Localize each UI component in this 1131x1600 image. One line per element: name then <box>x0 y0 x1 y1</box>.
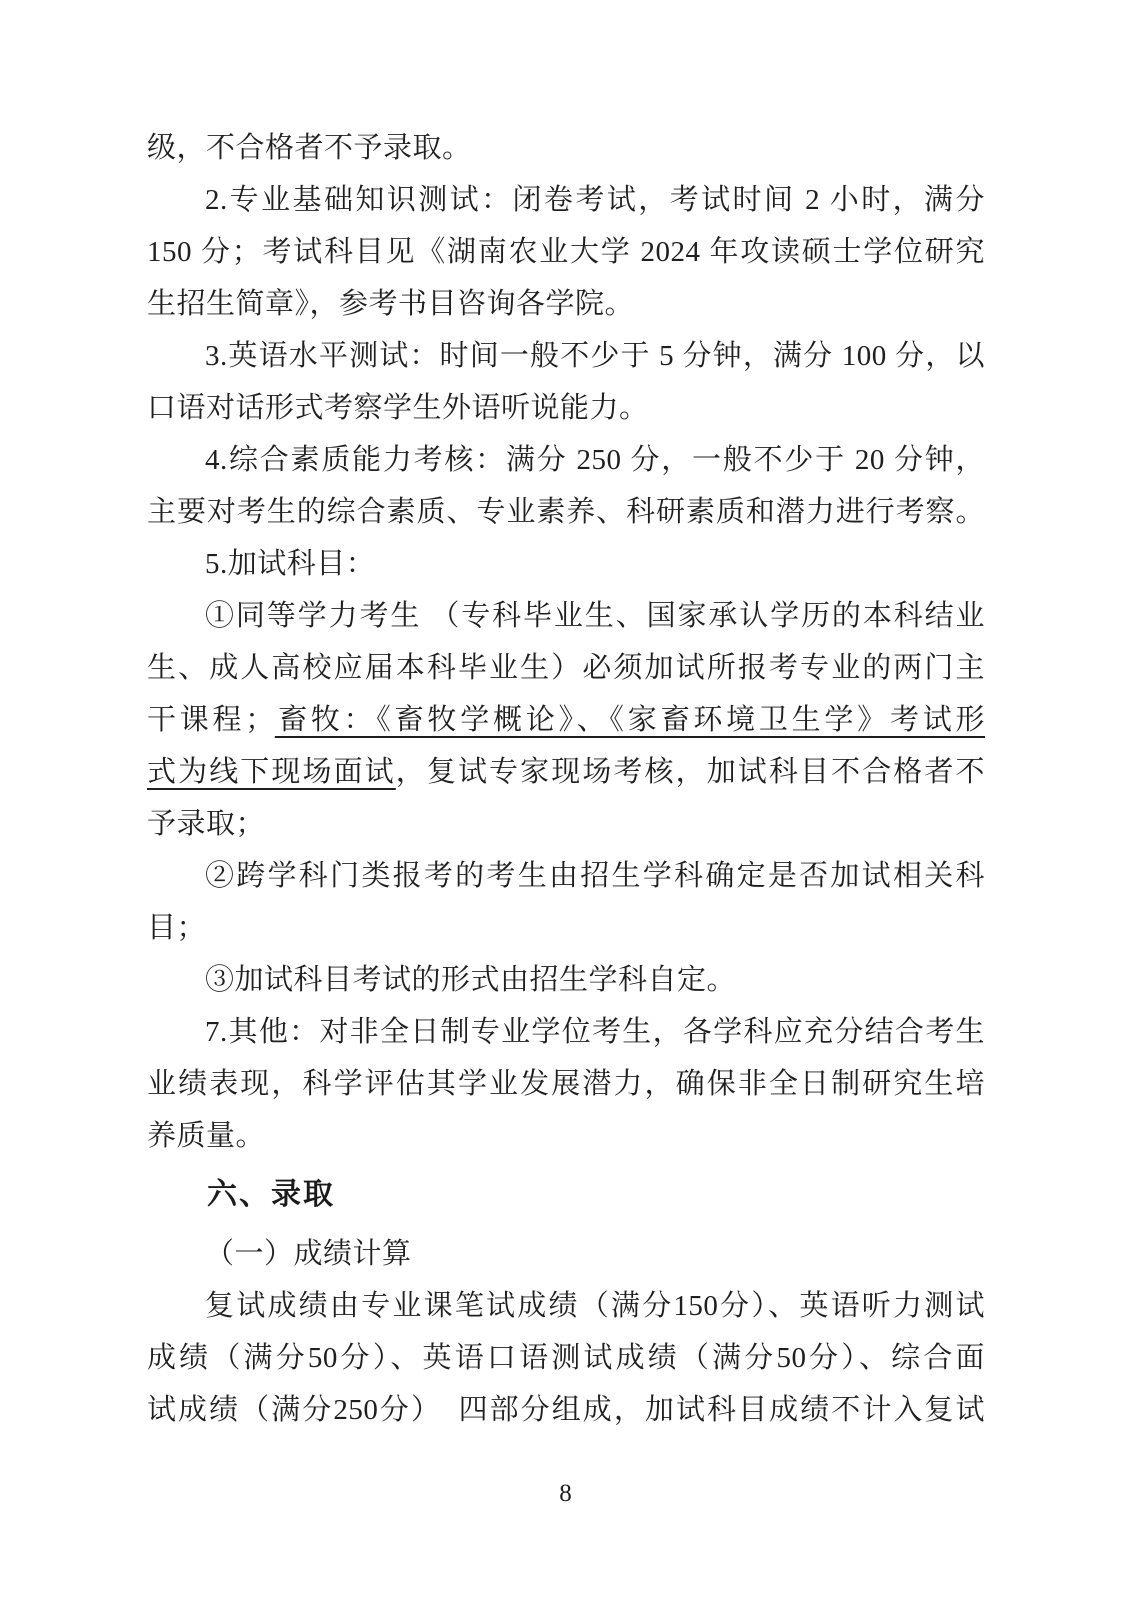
paragraph: ①同等学力考生 （专科毕业生、国家承认学历的本科结业生、成人高校应届本科毕业生）… <box>147 590 985 850</box>
paragraph: （一）成绩计算 <box>147 1228 985 1280</box>
text-line: 式为线下现场面试，复试专家现场考核，加试科目不合格者不 <box>147 746 985 798</box>
text-run: 主要对考生的综合素质、专业素养、科研素质和潜力进行考察。 <box>147 496 985 528</box>
text-line: 150 分；考试科目见《湖南农业大学 2024 年攻读硕士学位研究 <box>147 226 985 278</box>
text-line: 生、成人高校应届本科毕业生）必须加试所报考专业的两门主 <box>147 642 985 694</box>
text-run: 成绩（满分50分）、英语口语测试成绩（满分50分）、综合面 <box>147 1342 985 1374</box>
text-run: ①同等学力考生 （专科毕业生、国家承认学历的本科结业 <box>205 600 985 632</box>
text-line: ③加试科目考试的形式由招生学科自定。 <box>147 954 985 1006</box>
text-line: 3.英语水平测试：时间一般不少于 5 分钟，满分 100 分，以 <box>147 330 985 382</box>
paragraph: 2.专业基础知识测试：闭卷考试，考试时间 2 小时，满分150 分；考试科目见《… <box>147 174 985 330</box>
paragraph: 7.其他：对非全日制专业学位考生，各学科应充分结合考生业绩表现，科学评估其学业发… <box>147 1006 985 1162</box>
underlined-text: 畜牧：《畜牧学概论》、《家畜环境卫生学》考试形 <box>275 704 985 736</box>
page-number: 8 <box>0 1468 1131 1520</box>
paragraph: ②跨学科门类报考的考生由招生学科确定是否加试相关科目； <box>147 850 985 954</box>
text-run: 养质量。 <box>147 1120 265 1152</box>
paragraph: 3.英语水平测试：时间一般不少于 5 分钟，满分 100 分，以口语对话形式考察… <box>147 330 985 434</box>
text-run: 7.其他：对非全日制专业学位考生，各学科应充分结合考生 <box>205 1016 985 1048</box>
underlined-text: 式为线下现场面试 <box>147 756 396 788</box>
text-run: 150 分；考试科目见《湖南农业大学 2024 年攻读硕士学位研究 <box>147 236 985 268</box>
text-line: 予录取； <box>147 798 985 850</box>
text-line: 主要对考生的综合素质、专业素养、科研素质和潜力进行考察。 <box>147 486 985 538</box>
paragraph: 4.综合素质能力考核：满分 250 分，一般不少于 20 分钟，主要对考生的综合… <box>147 434 985 538</box>
document-body: 级，不合格者不予录取。2.专业基础知识测试：闭卷考试，考试时间 2 小时，满分1… <box>147 122 985 1436</box>
text-line: （一）成绩计算 <box>147 1228 985 1280</box>
text-run: （一）成绩计算 <box>205 1238 412 1270</box>
document-page: 级，不合格者不予录取。2.专业基础知识测试：闭卷考试，考试时间 2 小时，满分1… <box>0 0 1131 1600</box>
text-run: 复试成绩由专业课笔试成绩（满分150分）、英语听力测试 <box>205 1290 985 1322</box>
text-line: 级，不合格者不予录取。 <box>147 122 985 174</box>
text-run: ②跨学科门类报考的考生由招生学科确定是否加试相关科 <box>205 860 985 892</box>
text-run: 3.英语水平测试：时间一般不少于 5 分钟，满分 100 分，以 <box>205 340 985 372</box>
text-run: 干课程； <box>147 704 275 736</box>
text-run: 级，不合格者不予录取。 <box>147 132 472 164</box>
text-line: 养质量。 <box>147 1110 985 1162</box>
text-run: ③加试科目考试的形式由招生学科自定。 <box>205 964 736 996</box>
text-run: 口语对话形式考察学生外语听说能力。 <box>147 392 649 424</box>
text-line: 5.加试科目： <box>147 538 985 590</box>
text-line: 试成绩（满分250分） 四部分组成，加试科目成绩不计入复试 <box>147 1384 985 1436</box>
text-run: 目； <box>147 912 206 944</box>
text-line: 口语对话形式考察学生外语听说能力。 <box>147 382 985 434</box>
text-run: 生招生简章》，参考书目咨询各学院。 <box>147 288 634 320</box>
paragraph: 级，不合格者不予录取。 <box>147 122 985 174</box>
text-run: 试成绩（满分250分） 四部分组成，加试科目成绩不计入复试 <box>147 1394 985 1426</box>
text-line: 复试成绩由专业课笔试成绩（满分150分）、英语听力测试 <box>147 1280 985 1332</box>
paragraph: 复试成绩由专业课笔试成绩（满分150分）、英语听力测试成绩（满分50分）、英语口… <box>147 1280 985 1436</box>
paragraph: 5.加试科目： <box>147 538 985 590</box>
text-line: 生招生简章》，参考书目咨询各学院。 <box>147 278 985 330</box>
text-line: 2.专业基础知识测试：闭卷考试，考试时间 2 小时，满分 <box>147 174 985 226</box>
text-line: 业绩表现，科学评估其学业发展潜力，确保非全日制研究生培 <box>147 1058 985 1110</box>
text-run: 2.专业基础知识测试：闭卷考试，考试时间 2 小时，满分 <box>205 184 985 216</box>
text-run: 5.加试科目： <box>205 548 375 580</box>
text-line: 干课程；畜牧：《畜牧学概论》、《家畜环境卫生学》考试形 <box>147 694 985 746</box>
text-line: 成绩（满分50分）、英语口语测试成绩（满分50分）、综合面 <box>147 1332 985 1384</box>
text-line: 目； <box>147 902 985 954</box>
paragraph: ③加试科目考试的形式由招生学科自定。 <box>147 954 985 1006</box>
section-heading: 六、录取 <box>147 1169 985 1221</box>
text-line: ②跨学科门类报考的考生由招生学科确定是否加试相关科 <box>147 850 985 902</box>
text-line: 4.综合素质能力考核：满分 250 分，一般不少于 20 分钟， <box>147 434 985 486</box>
text-run: 业绩表现，科学评估其学业发展潜力，确保非全日制研究生培 <box>147 1068 985 1100</box>
text-run: 4.综合素质能力考核：满分 250 分，一般不少于 20 分钟， <box>205 444 985 476</box>
text-line: ①同等学力考生 （专科毕业生、国家承认学历的本科结业 <box>147 590 985 642</box>
text-run: 生、成人高校应届本科毕业生）必须加试所报考专业的两门主 <box>147 652 985 684</box>
text-run: ，复试专家现场考核，加试科目不合格者不 <box>396 756 985 788</box>
text-line: 7.其他：对非全日制专业学位考生，各学科应充分结合考生 <box>147 1006 985 1058</box>
text-run: 予录取； <box>147 808 265 840</box>
